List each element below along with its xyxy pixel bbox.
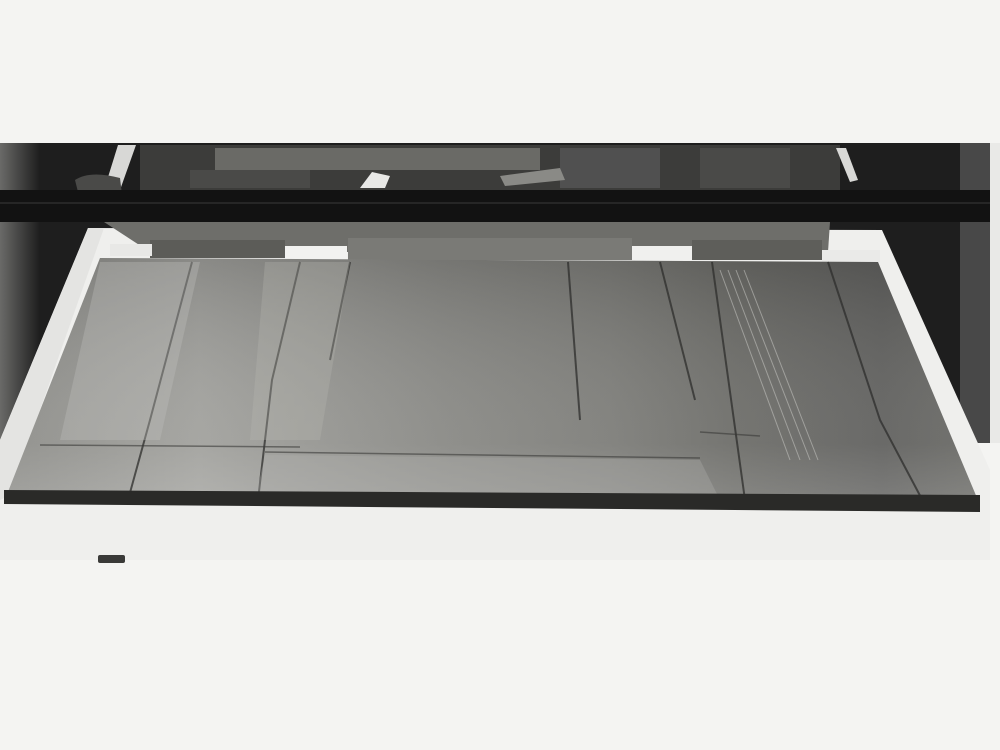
- small-block: [98, 555, 125, 563]
- dark-beam: [0, 190, 990, 222]
- photograph: [0, 0, 1000, 750]
- wooden-panel: [4, 258, 980, 512]
- panel-top-rail: [104, 222, 880, 262]
- back-frame: [75, 145, 858, 195]
